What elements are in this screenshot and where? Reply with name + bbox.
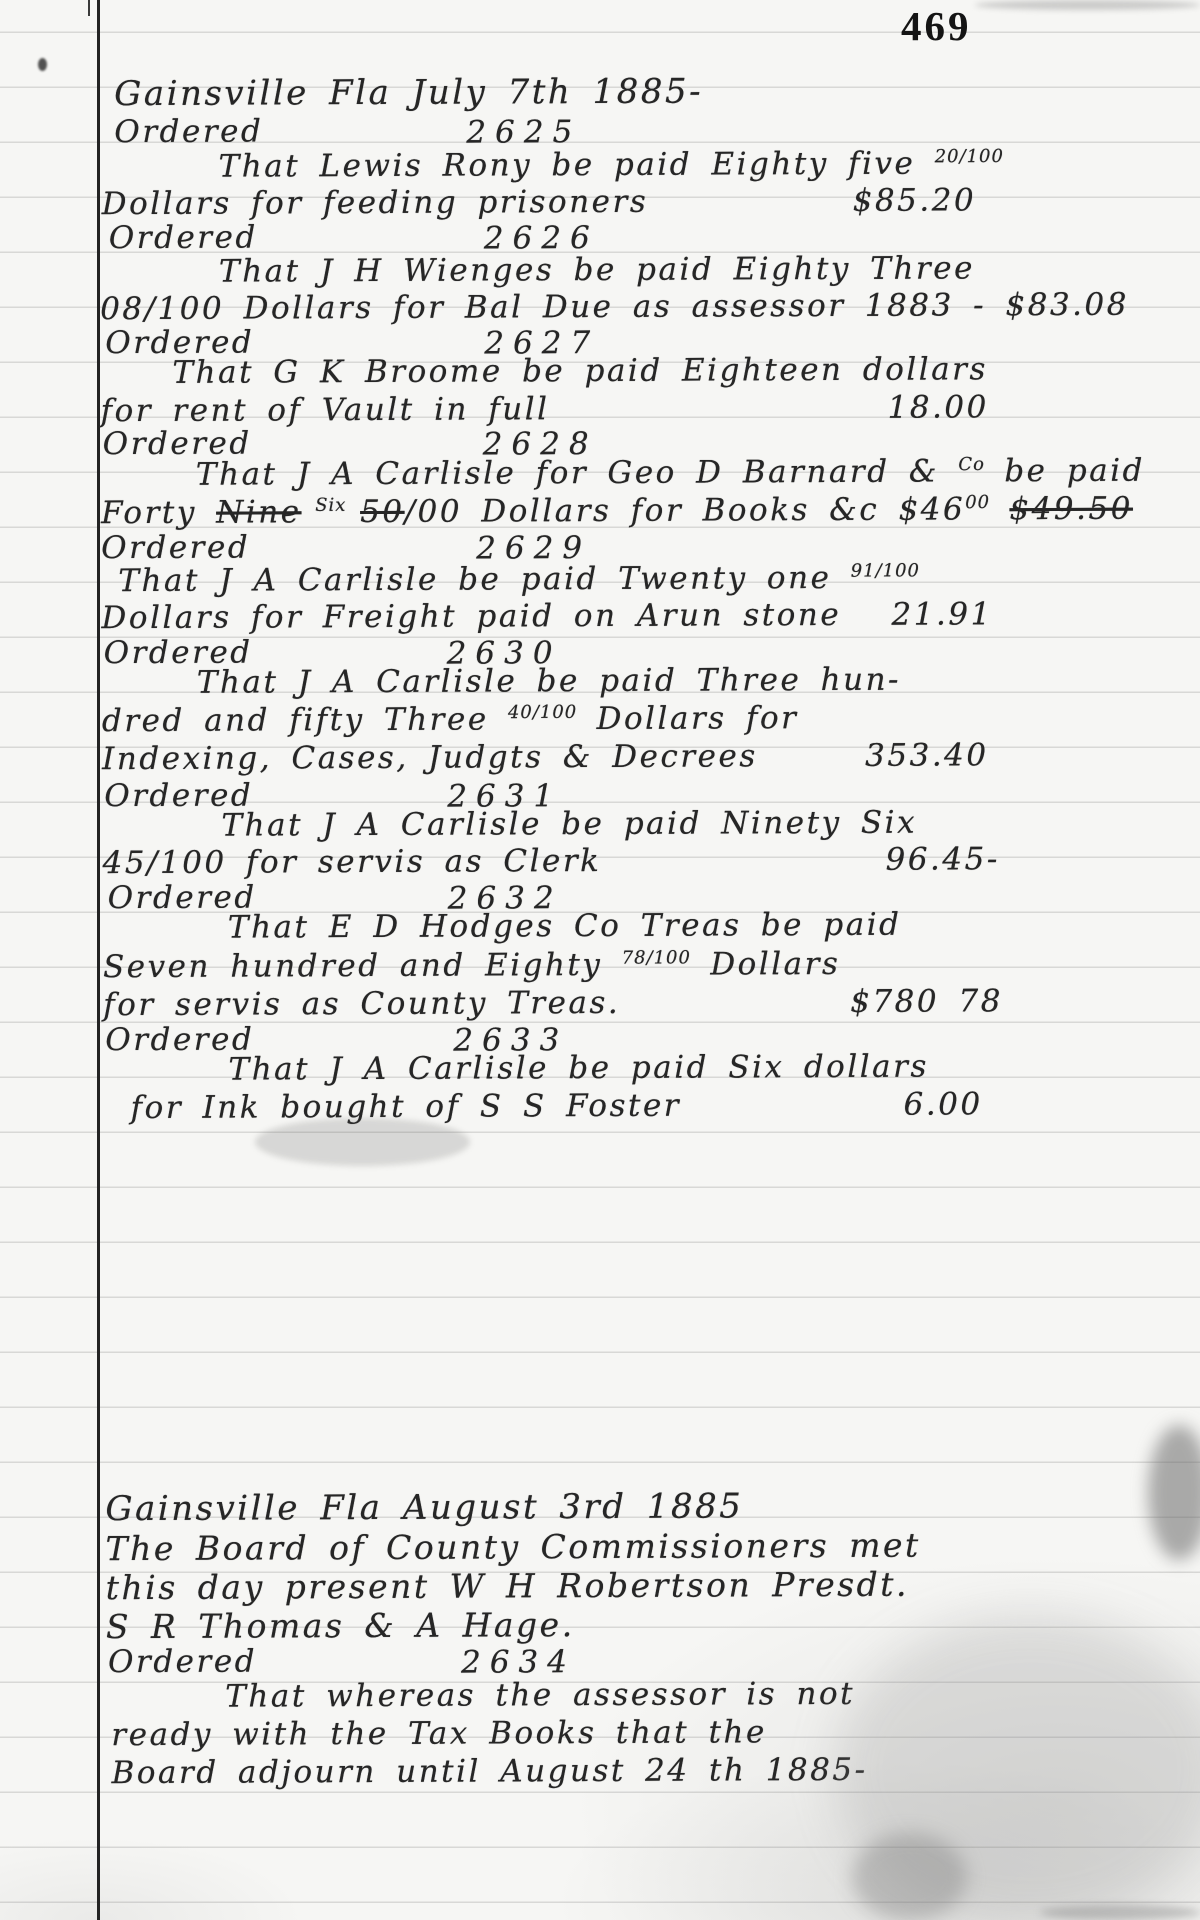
order-number: 2626 xyxy=(484,220,599,257)
ledger-line: That J A Carlisle be paid Six dollars xyxy=(0,1047,1200,1088)
ledger-line: Seven hundred and Eighty 78/100 Dollars xyxy=(0,944,1200,985)
ledger-line: The Board of County Commissioners met xyxy=(2,1524,1200,1568)
ledger-line: dred and fifty Three 40/100 Dollars for xyxy=(0,698,1199,739)
ledger-page: 469 Gainsville Fla July 7th 1885-Ordered… xyxy=(0,0,1200,1920)
smudge xyxy=(38,58,47,71)
ledger-line: That J A Carlisle be paid Ninety Six xyxy=(0,803,1199,844)
amount: $85.20 xyxy=(853,182,977,219)
amount: 21.91 xyxy=(891,596,992,632)
ledger-line: That J A Carlisle for Geo D Barnard & Co… xyxy=(0,452,1198,493)
ledger-line: That G K Broome be paid Eighteen dollars xyxy=(0,350,1198,391)
ledger-line: That J A Carlisle be paid Three hun- xyxy=(0,660,1199,701)
ledger-line: for Ink bought of S S Foster6.00 xyxy=(1,1085,1200,1126)
smudge xyxy=(1040,1905,1200,1920)
smudge xyxy=(975,0,1200,10)
order-number: 2625 xyxy=(466,114,581,151)
smudge xyxy=(255,1118,470,1166)
amount: 353.40 xyxy=(865,737,989,774)
ledger-line: Gainsville Fla July 7th 1885- xyxy=(0,69,1196,114)
ledger-line: That E D Hodges Co Treas be paid xyxy=(0,905,1200,946)
ledger-line: this day present W H Robertson Presdt. xyxy=(3,1563,1200,1607)
ledger-line: That J H Wienges be paid Eighty Three xyxy=(0,249,1197,290)
ledger-line: That Lewis Rony be paid Eighty five 20/1… xyxy=(0,144,1197,185)
smudge xyxy=(852,1833,967,1920)
ledger-line: Gainsville Fla August 3rd 1885 xyxy=(2,1484,1200,1529)
amount: 96.45- xyxy=(885,841,999,877)
amount: 6.00 xyxy=(904,1086,983,1122)
ledger-line: That J A Carlisle be paid Twenty one 91/… xyxy=(0,558,1198,599)
ledger-line: Indexing, Cases, Judgts & Decrees353.40 xyxy=(0,736,1199,777)
amount: 18.00 xyxy=(888,389,989,425)
order-number: 2634 xyxy=(461,1644,576,1681)
amount: $780 78 xyxy=(850,983,1003,1020)
